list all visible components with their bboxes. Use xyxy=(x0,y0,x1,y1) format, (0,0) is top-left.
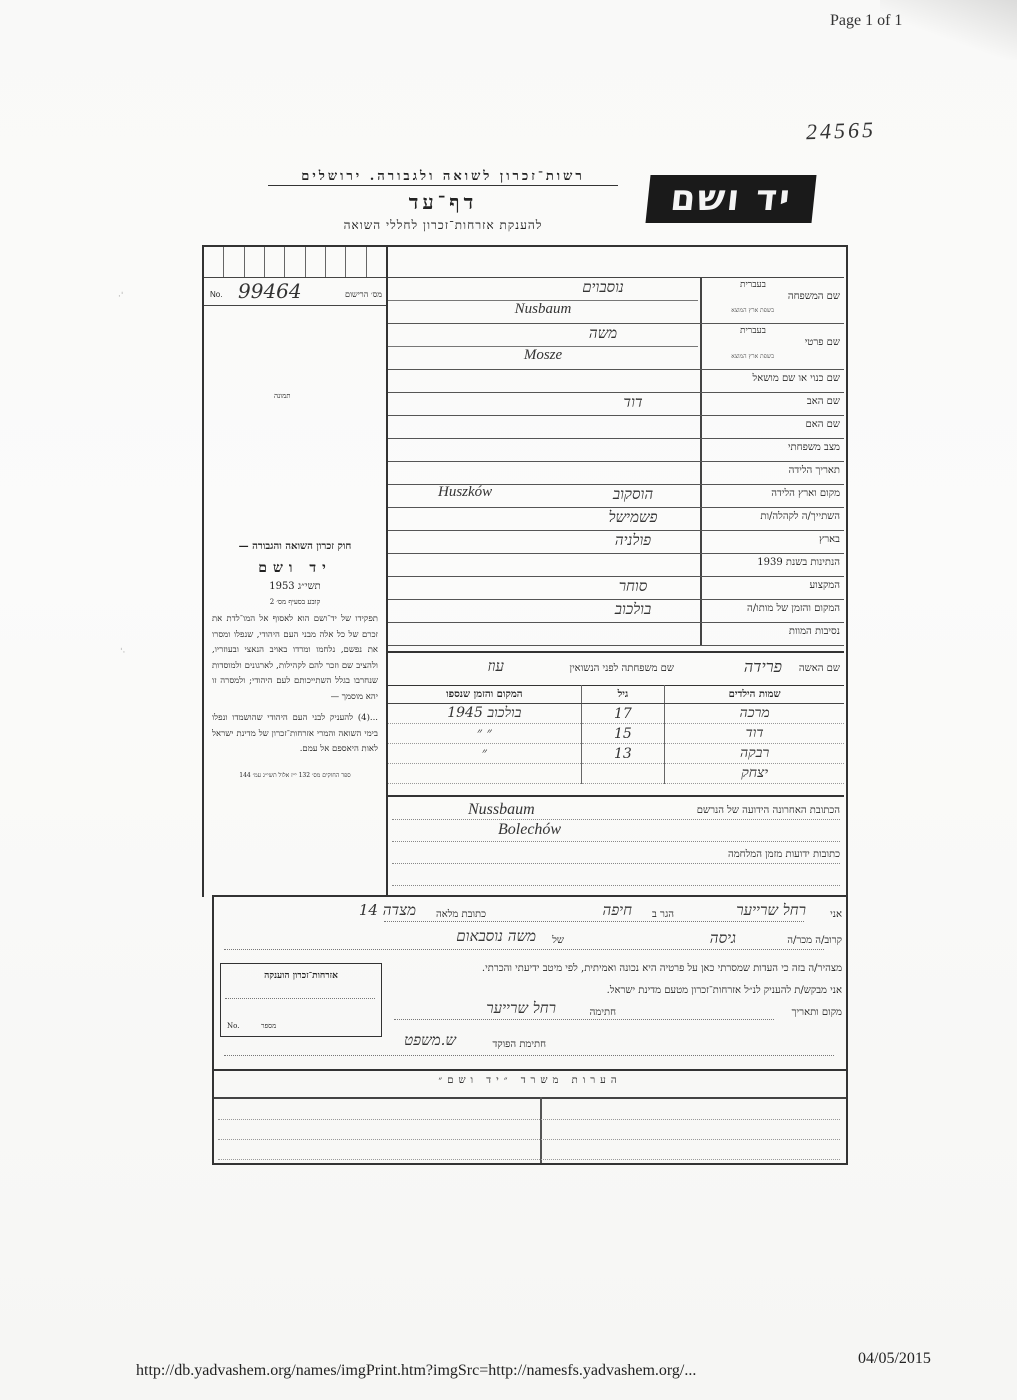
child-name[interactable]: יצחק xyxy=(665,764,844,784)
field-value-hebrew[interactable]: נוסבוים xyxy=(448,278,758,297)
decl-inspector-value[interactable]: ש.משפט xyxy=(404,1031,456,1050)
field-label: נסיבות המוות xyxy=(700,626,840,637)
child-name[interactable]: דוד xyxy=(665,724,844,744)
maiden-name-label: שם משפחתה לפני הנשואין xyxy=(570,663,674,674)
citizenship-no-label: No. xyxy=(227,1022,239,1030)
spouse-label: שם האשה xyxy=(799,663,840,674)
field-value[interactable]: דוד xyxy=(478,393,788,412)
child-age[interactable]: 13 xyxy=(581,744,665,764)
decl-resides-value[interactable]: חיפה xyxy=(603,901,632,920)
decl-i-value[interactable]: רחל שרייער xyxy=(736,901,806,920)
field-row: הנתינות בשנת 1939 xyxy=(388,553,844,577)
photo-label: תמונה xyxy=(274,392,291,400)
scanned-page: Page 1 of 1 24565 ·ˈ ˈ· רשות־זכרון לשואה… xyxy=(0,0,1017,1400)
child-row: רבקה13״ xyxy=(388,744,844,764)
decl-inspector-label: חתימת הפוקד xyxy=(492,1039,546,1050)
field-sub-origin: בשפת ארץ המוצא xyxy=(731,307,774,314)
decl-resides-label: הגר ב xyxy=(652,909,674,920)
decl-address-label: כתובת מלאה xyxy=(436,909,486,920)
decl-signature-label: חתימה xyxy=(590,1007,616,1018)
law-year: תשי״ג 1953 xyxy=(204,581,386,592)
scan-mark: ˈ· xyxy=(120,648,125,658)
field-label: תאריך הלידה xyxy=(700,465,840,476)
law-box: חוק זכרון השואה והגבורה — יד ושם תשי״ג 1… xyxy=(204,535,386,779)
field-label: שם כנוי או שם מושאל xyxy=(700,373,840,384)
child-name[interactable]: רבקה xyxy=(665,744,844,764)
left-column: No. 99464 מס׳ הרישום תמונה חוק זכרון השו… xyxy=(204,247,388,897)
declaration-section: אני רחל שרייער הגר ב חיפה כתובת מלאה מצד… xyxy=(212,895,848,1071)
footer-url[interactable]: http://db.yadvashem.org/names/imgPrint.h… xyxy=(136,1362,696,1380)
children-table: שמות הילדים גיל המקום והזמן שנספו מרכה17… xyxy=(388,685,844,784)
field-row: שם המשפחהבעבריתבשפת ארץ המוצאנוסבויםNusb… xyxy=(388,277,844,324)
reg-no-value: 99464 xyxy=(238,279,302,303)
reg-no-label: No. xyxy=(210,290,222,299)
decl-statement-2: אני מבקש/ת להעניק לנ״ל אזרחות־זכרון מטעם… xyxy=(607,985,842,996)
children-header-age: גיל xyxy=(581,685,665,704)
office-remarks-title: הערות משרד ״יד ושם״ xyxy=(214,1075,846,1086)
field-row: שם פרטיבעבריתבשפת ארץ המוצאמשהMosze xyxy=(388,323,844,370)
archive-number: 24565 xyxy=(806,117,877,145)
law-title: חוק זכרון השואה והגבורה — xyxy=(204,541,386,552)
decl-relation-label: קרוב/ה מכר/ה xyxy=(787,935,842,946)
field-row: שם האם xyxy=(388,415,844,439)
field-value-latin[interactable]: Mosze xyxy=(388,347,698,364)
last-address-value-1[interactable]: Nussbaum xyxy=(468,801,535,819)
child-row: מרכה17בולכוב 1945 xyxy=(388,704,844,724)
office-remarks: הערות משרד ״יד ושם״ xyxy=(212,1067,848,1165)
citizenship-title: אזרחות־זכרון הוענקה xyxy=(221,970,381,981)
last-address-label: הכתובת האחרונה הידועה של הנרשם xyxy=(697,805,840,816)
decl-place-date-label: מקום ותאריך xyxy=(792,1007,842,1018)
field-label: הנתינות בשנת 1939 xyxy=(700,557,840,568)
decl-of-label: של xyxy=(552,935,564,946)
address-block: הכתובת האחרונה הידועה של הנרשם Nussbaum … xyxy=(388,795,844,899)
field-row: שם כנוי או שם מושאל xyxy=(388,369,844,393)
decl-signature-value[interactable]: רחל שרייער xyxy=(486,999,556,1018)
field-row: המקום והזמן של מותו/הבולכוב xyxy=(388,599,844,623)
field-row: מקום וארץ הלידההוסקובHuszków xyxy=(388,484,844,508)
yad-vashem-logo: יד ושם xyxy=(645,175,816,223)
child-place[interactable]: בולכוב 1945 xyxy=(388,704,581,724)
children-header-place: המקום והזמן שנספו xyxy=(388,685,581,704)
header-organization: רשות־זכרון לשואה ולגבורה. ירושלים xyxy=(268,168,618,186)
child-place[interactable]: ״ ״ xyxy=(388,724,581,744)
form-title: דף־עד xyxy=(268,190,618,215)
field-row: נסיבות המוות xyxy=(388,622,844,646)
child-age[interactable] xyxy=(581,764,665,784)
field-row: השתייך/ה לקהלה/ותפשמישל xyxy=(388,507,844,531)
law-footer: ספר החוקים מס׳ 132 י״ז אלול תשי״ג עמ׳ 14… xyxy=(204,772,386,779)
last-address-value-2[interactable]: Bolechów xyxy=(498,821,561,839)
decl-address-value[interactable]: מצדה 14 xyxy=(359,901,416,920)
page-counter: Page 1 of 1 xyxy=(830,12,902,30)
page-fold xyxy=(880,0,1017,60)
citizenship-box: אזרחות־זכרון הוענקה No. מספר xyxy=(220,963,382,1037)
top-strip xyxy=(388,247,844,278)
field-value[interactable]: בולכוב xyxy=(478,600,788,619)
field-label: מצב משפחתי xyxy=(700,442,840,453)
child-age[interactable]: 15 xyxy=(581,724,665,744)
testimony-form: No. 99464 מס׳ הרישום תמונה חוק זכרון השו… xyxy=(202,245,848,897)
field-value[interactable]: הוסקוב xyxy=(478,485,788,504)
child-place[interactable]: ״ xyxy=(388,744,581,764)
maiden-name-value[interactable]: עוז xyxy=(487,657,504,676)
form-subtitle: להענקת אזרחות־זכרון לחללי השואה xyxy=(268,218,618,233)
fields-area: שם המשפחהבעבריתבשפת ארץ המוצאנוסבויםNusb… xyxy=(388,247,844,897)
field-value[interactable]: פולניה xyxy=(478,531,788,550)
child-row: יצחק xyxy=(388,764,844,784)
field-sub-origin: בשפת ארץ המוצא xyxy=(731,353,774,360)
field-value[interactable]: סוחר xyxy=(478,577,788,596)
footer-date: 04/05/2015 xyxy=(858,1350,931,1368)
decl-of-value[interactable]: משה נוסבאום xyxy=(456,927,536,946)
citizenship-no-he-label: מספר xyxy=(261,1022,276,1030)
registration-number-row: No. 99464 מס׳ הרישום xyxy=(204,277,386,306)
child-place[interactable] xyxy=(388,764,581,784)
decl-i-label: אני xyxy=(830,909,842,920)
reg-he-label: מס׳ הרישום xyxy=(345,290,382,299)
field-row: תאריך הלידה xyxy=(388,461,844,485)
child-name[interactable]: מרכה xyxy=(665,704,844,724)
law-text-clause: ...(4) להעניק לבני העם היהודי שהושמדו ונ… xyxy=(204,705,386,758)
field-value-latin[interactable]: Nusbaum xyxy=(388,301,698,318)
decl-relation-value[interactable]: גיסה xyxy=(710,929,736,948)
wartime-address-label: כתובות ידועות מזמן המלחמה xyxy=(728,849,840,860)
field-value-latin[interactable]: Huszków xyxy=(438,484,492,501)
child-age[interactable]: 17 xyxy=(581,704,665,724)
field-value[interactable]: פשמישל xyxy=(478,508,788,527)
scan-mark: ·ˈ xyxy=(118,292,123,302)
field-value-hebrew[interactable]: משה xyxy=(448,324,758,343)
field-row: המקצועסוחר xyxy=(388,576,844,600)
law-text: תפקידו של יד־ושם הוא לאסוף אל המו־לדת את… xyxy=(204,606,386,705)
law-name: יד ושם xyxy=(204,560,386,577)
spouse-row: שם האשה פרידה שם משפחתה לפני הנשואין עוז xyxy=(388,651,844,686)
decl-statement-1: מצהיר/ה בזה כי העדות שמסרתי כאן על פרטיה… xyxy=(482,963,842,974)
field-row: שם האבדוד xyxy=(388,392,844,416)
code-boxes xyxy=(204,247,386,278)
field-row: בארץפולניה xyxy=(388,530,844,554)
children-header-name: שמות הילדים xyxy=(665,685,844,704)
child-row: דוד15״ ״ xyxy=(388,724,844,744)
law-section: קובע בסעיף מס׳ 2 xyxy=(204,598,386,606)
field-label: שם האם xyxy=(700,419,840,430)
spouse-value[interactable]: פרידה xyxy=(744,657,782,677)
field-row: מצב משפחתי xyxy=(388,438,844,462)
